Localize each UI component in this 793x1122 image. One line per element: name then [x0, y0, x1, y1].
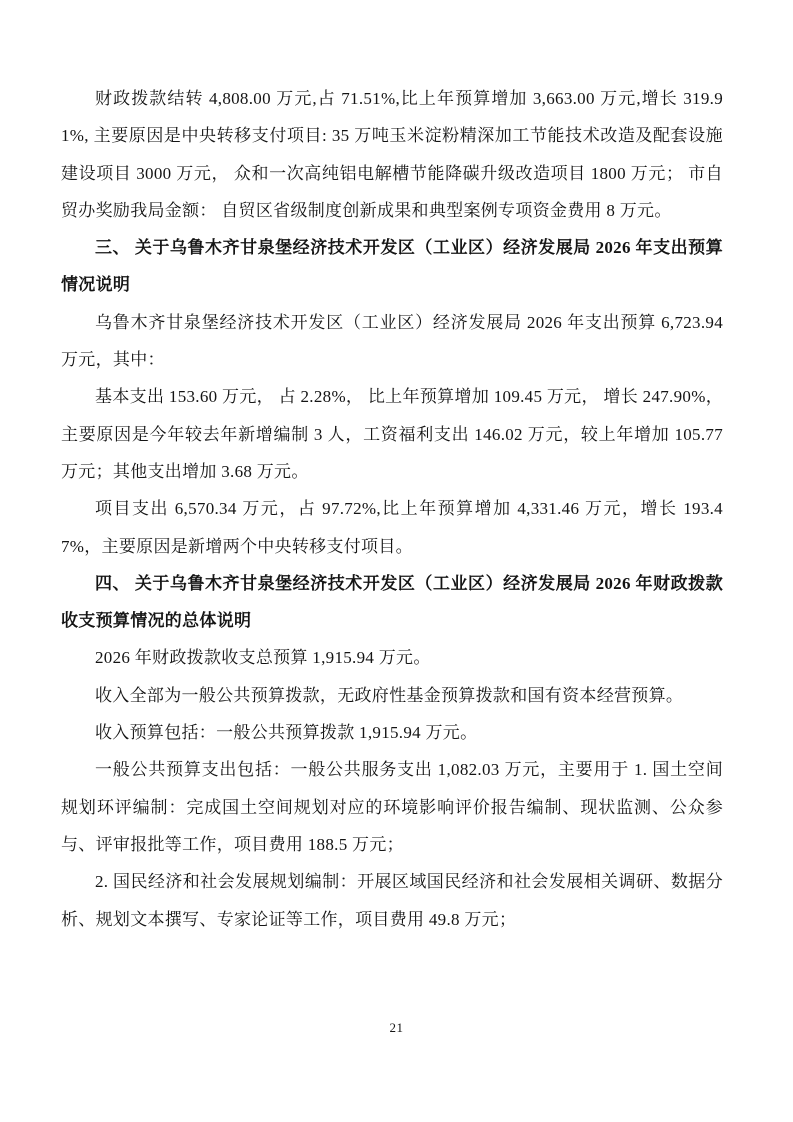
paragraph-public-budget-expenditure: 一般公共预算支出包括：一般公共服务支出 1,082.03 万元，主要用于 1. …	[61, 751, 723, 863]
page-number: 21	[0, 1020, 793, 1036]
paragraph-fiscal-carryover: 财政拨款结转 4,808.00 万元,占 71.51%,比上年预算增加 3,66…	[61, 80, 723, 229]
section-heading-4: 四、 关于乌鲁木齐甘泉堡经济技术开发区（工业区）经济发展局 2026 年财政拨款…	[61, 565, 723, 640]
paragraph-income-budget: 收入预算包括：一般公共预算拨款 1,915.94 万元。	[61, 714, 723, 751]
paragraph-basic-expenditure: 基本支出 153.60 万元， 占 2.28%， 比上年预算增加 109.45 …	[61, 378, 723, 490]
document-page: 财政拨款结转 4,808.00 万元,占 71.51%,比上年预算增加 3,66…	[0, 0, 793, 1122]
paragraph-expenditure-total: 乌鲁木齐甘泉堡经济技术开发区（工业区）经济发展局 2026 年支出预算 6,72…	[61, 304, 723, 379]
paragraph-income-source: 收入全部为一般公共预算拨款，无政府性基金预算拨款和国有资本经营预算。	[61, 677, 723, 714]
document-body: 财政拨款结转 4,808.00 万元,占 71.51%,比上年预算增加 3,66…	[61, 80, 723, 938]
paragraph-total-budget-2026: 2026 年财政拨款收支总预算 1,915.94 万元。	[61, 639, 723, 676]
paragraph-project-expenditure: 项目支出 6,570.34 万元，占 97.72%,比上年预算增加 4,331.…	[61, 490, 723, 565]
paragraph-national-economy-planning: 2. 国民经济和社会发展规划编制：开展区域国民经济和社会发展相关调研、数据分析、…	[61, 863, 723, 938]
section-heading-3: 三、 关于乌鲁木齐甘泉堡经济技术开发区（工业区）经济发展局 2026 年支出预算…	[61, 229, 723, 304]
